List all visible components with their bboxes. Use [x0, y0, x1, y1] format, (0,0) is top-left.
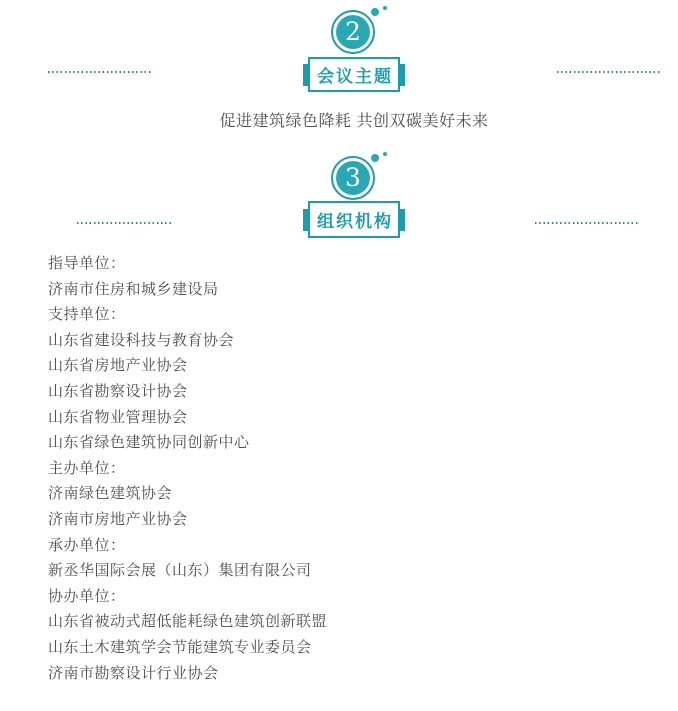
- badge-small-dot-icon: [383, 152, 387, 156]
- bracket-left-icon: [303, 64, 310, 86]
- dotted-line-right: [535, 222, 640, 224]
- org-list-item: 山东省物业管理协会: [48, 405, 648, 431]
- badge-dot-icon: [371, 8, 379, 16]
- section-3-number-badge: 3: [331, 156, 375, 200]
- badge-dot-icon: [371, 154, 379, 162]
- bracket-left-icon: [303, 209, 310, 231]
- dotted-line-left: [77, 222, 173, 224]
- org-list-item: 新丞华国际会展（山东）集团有限公司: [48, 558, 648, 584]
- organization-list: 指导单位： 济南市住房和城乡建设局 支持单位： 山东省建设科技与教育协会 山东省…: [48, 251, 648, 686]
- section-2-number-badge: 2: [331, 10, 375, 54]
- article-page: 2 会议主题 促进建筑绿色降耗 共创双碳美好未来 3 组织机构 指导单位： 济南…: [0, 0, 678, 711]
- org-list-item: 山东省房地产业协会: [48, 353, 648, 379]
- org-role-label: 承办单位：: [48, 533, 648, 559]
- section-3-number: 3: [336, 161, 370, 195]
- org-role-label: 协办单位：: [48, 584, 648, 610]
- bracket-right-icon: [398, 209, 405, 231]
- org-list-item: 山东省绿色建筑协同创新中心: [48, 430, 648, 456]
- org-list-item: 济南市房地产业协会: [48, 507, 648, 533]
- section-3-title-box: 组织机构: [308, 201, 400, 238]
- org-list-item: 济南市住房和城乡建设局: [48, 277, 648, 303]
- bracket-right-icon: [398, 64, 405, 86]
- dotted-line-left: [48, 71, 153, 73]
- org-role-label: 主办单位：: [48, 456, 648, 482]
- badge-small-dot-icon: [383, 6, 387, 10]
- org-list-item: 济南绿色建筑协会: [48, 481, 648, 507]
- org-list-item: 山东土木建筑学会节能建筑专业委员会: [48, 635, 648, 661]
- org-list-item: 山东省被动式超低能耗绿色建筑创新联盟: [48, 609, 648, 635]
- org-role-label: 支持单位：: [48, 302, 648, 328]
- section-3-title: 组织机构: [315, 207, 393, 232]
- conference-theme-text: 促进建筑绿色降耗 共创双碳美好未来: [30, 108, 678, 131]
- org-list-item: 山东省建设科技与教育协会: [48, 328, 648, 354]
- section-2-title: 会议主题: [315, 62, 393, 87]
- dotted-line-right: [557, 71, 660, 73]
- section-2-number: 2: [336, 15, 370, 49]
- org-list-item: 济南市勘察设计行业协会: [48, 661, 648, 687]
- org-list-item: 山东省勘察设计协会: [48, 379, 648, 405]
- org-role-label: 指导单位：: [48, 251, 648, 277]
- section-2-title-box: 会议主题: [308, 57, 400, 92]
